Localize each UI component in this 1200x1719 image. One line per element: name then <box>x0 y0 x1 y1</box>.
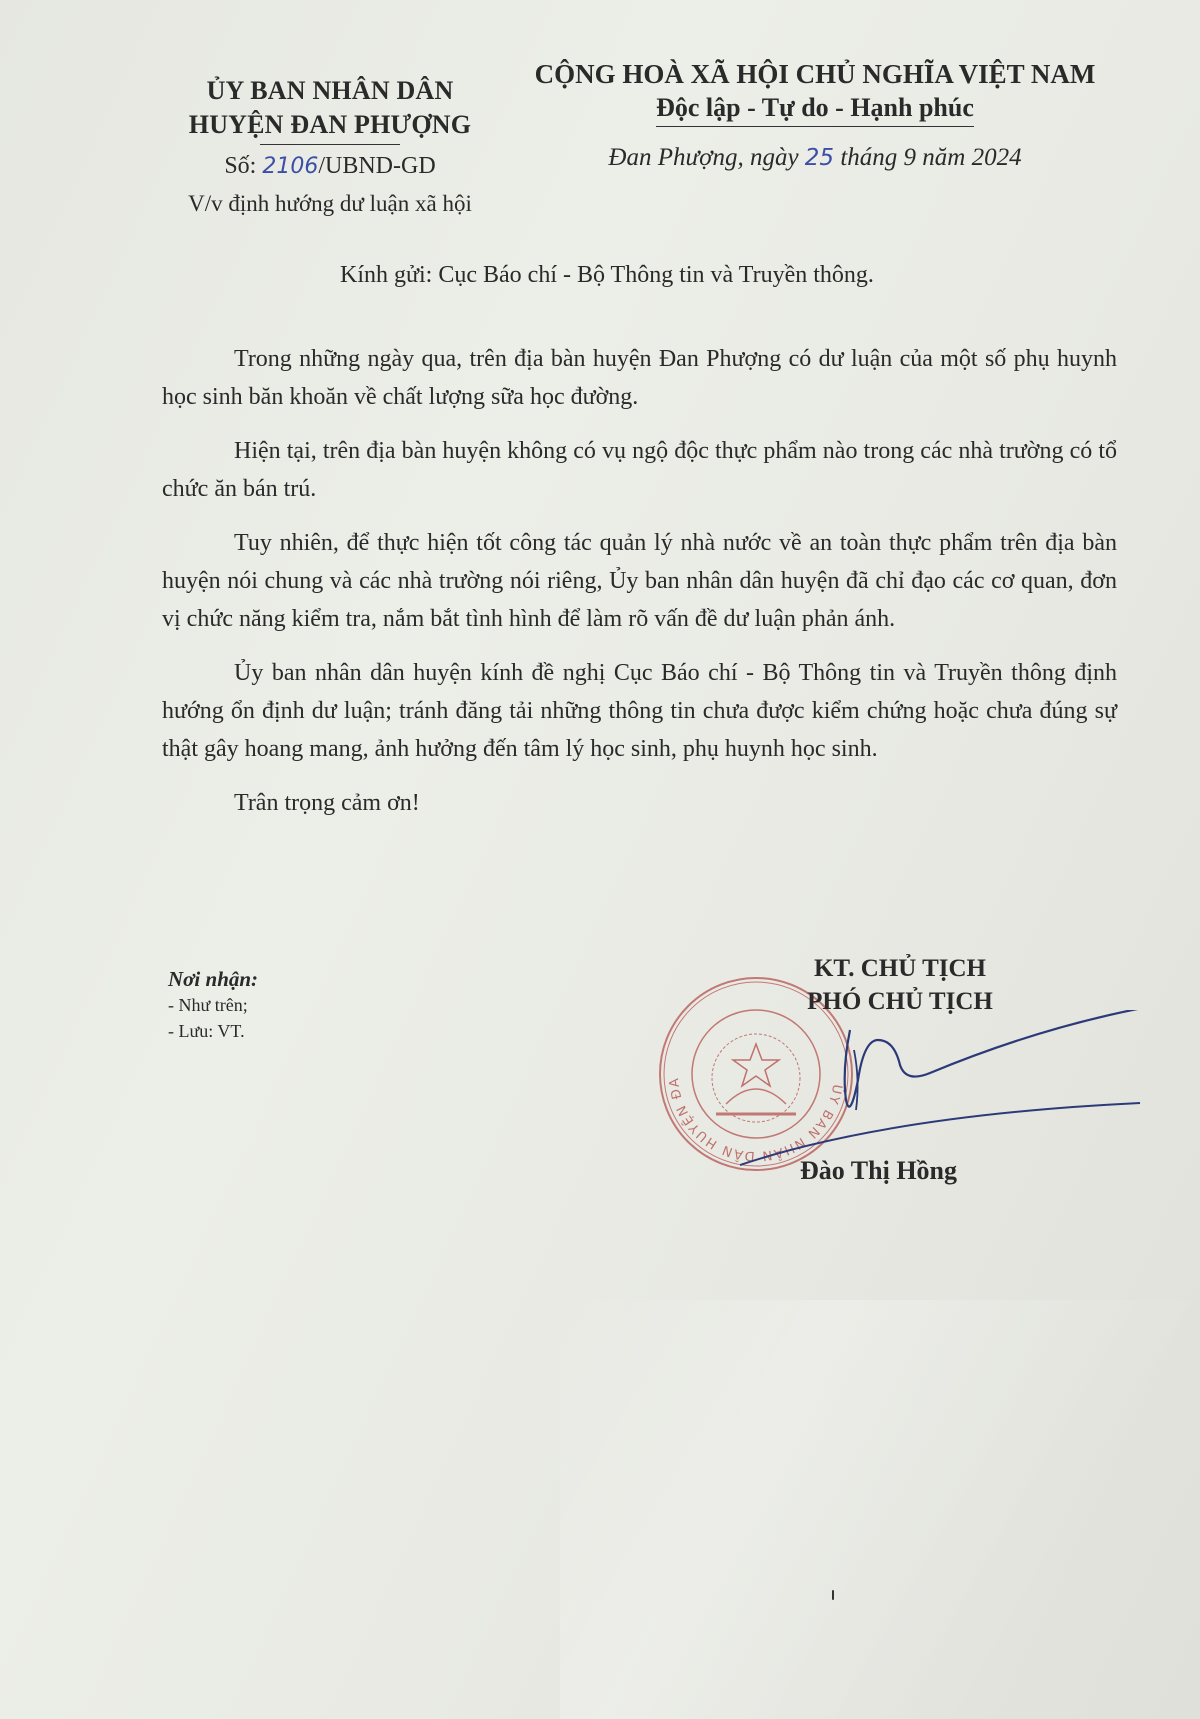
date-year-label: năm <box>916 144 972 171</box>
closing-line: Trân trọng cảm ơn! <box>162 784 1117 822</box>
date-month-label: tháng <box>834 144 903 171</box>
body-paragraph-1: Trong những ngày qua, trên địa bàn huyện… <box>162 340 1117 416</box>
recipients-list: Nơi nhận: - Như trên; - Lưu: VT. <box>168 966 258 1044</box>
issuing-authority-block: ỦY BAN NHÂN DÂN HUYỆN ĐAN PHƯỢNG Số: 210… <box>150 74 510 220</box>
recipients-item: - Lưu: VT. <box>168 1018 258 1044</box>
document-subject: V/v định hướng dư luận xã hội <box>150 188 510 220</box>
document-number-suffix: /UBND-GD <box>318 153 435 179</box>
date-year: 2024 <box>972 144 1022 171</box>
issuing-org-line2: HUYỆN ĐAN PHƯỢNG <box>150 108 510 142</box>
paper-fold-shading <box>560 1300 1200 1719</box>
document-date: Đan Phượng, ngày 25 tháng 9 năm 2024 <box>510 141 1120 175</box>
national-header-block: CỘNG HOÀ XÃ HỘI CHỦ NGHĨA VIỆT NAM Độc l… <box>510 56 1120 175</box>
recipients-item: - Như trên; <box>168 992 258 1018</box>
date-month: 9 <box>904 144 917 171</box>
letter-page: ỦY BAN NHÂN DÂN HUYỆN ĐAN PHƯỢNG Số: 210… <box>0 0 1200 1719</box>
body-paragraph-4: Ủy ban nhân dân huyện kính đề nghị Cục B… <box>162 654 1117 768</box>
recipient-line: Kính gửi: Cục Báo chí - Bộ Thông tin và … <box>340 262 874 289</box>
paper-speck <box>832 1590 834 1600</box>
national-motto: Độc lập - Tự do - Hạnh phúc <box>656 92 974 127</box>
date-prefix: Đan Phượng, ngày <box>608 144 804 171</box>
document-number-handwritten: 2106 <box>262 154 318 179</box>
recipients-title: Nơi nhận: <box>168 966 258 992</box>
document-number: Số: 2106/UBND-GD <box>150 151 510 182</box>
header-underline <box>260 144 400 145</box>
issuing-org-line1: ỦY BAN NHÂN DÂN <box>150 74 510 108</box>
signature-title-line1: KT. CHỦ TỊCH <box>760 952 1040 985</box>
document-number-prefix: Số: <box>224 153 262 179</box>
national-title: CỘNG HOÀ XÃ HỘI CHỦ NGHĨA VIỆT NAM <box>510 56 1120 92</box>
body-paragraph-3: Tuy nhiên, để thực hiện tốt công tác quả… <box>162 524 1117 638</box>
body-paragraph-2: Hiện tại, trên địa bàn huyện không có vụ… <box>162 432 1117 508</box>
date-day-handwritten: 25 <box>805 145 834 171</box>
letter-body: Trong những ngày qua, trên địa bàn huyện… <box>162 340 1117 838</box>
signature-title-block: KT. CHỦ TỊCH PHÓ CHỦ TỊCH <box>760 952 1040 1018</box>
handwritten-signature-icon <box>740 1010 1160 1180</box>
signer-name: Đào Thị Hồng <box>800 1156 957 1186</box>
